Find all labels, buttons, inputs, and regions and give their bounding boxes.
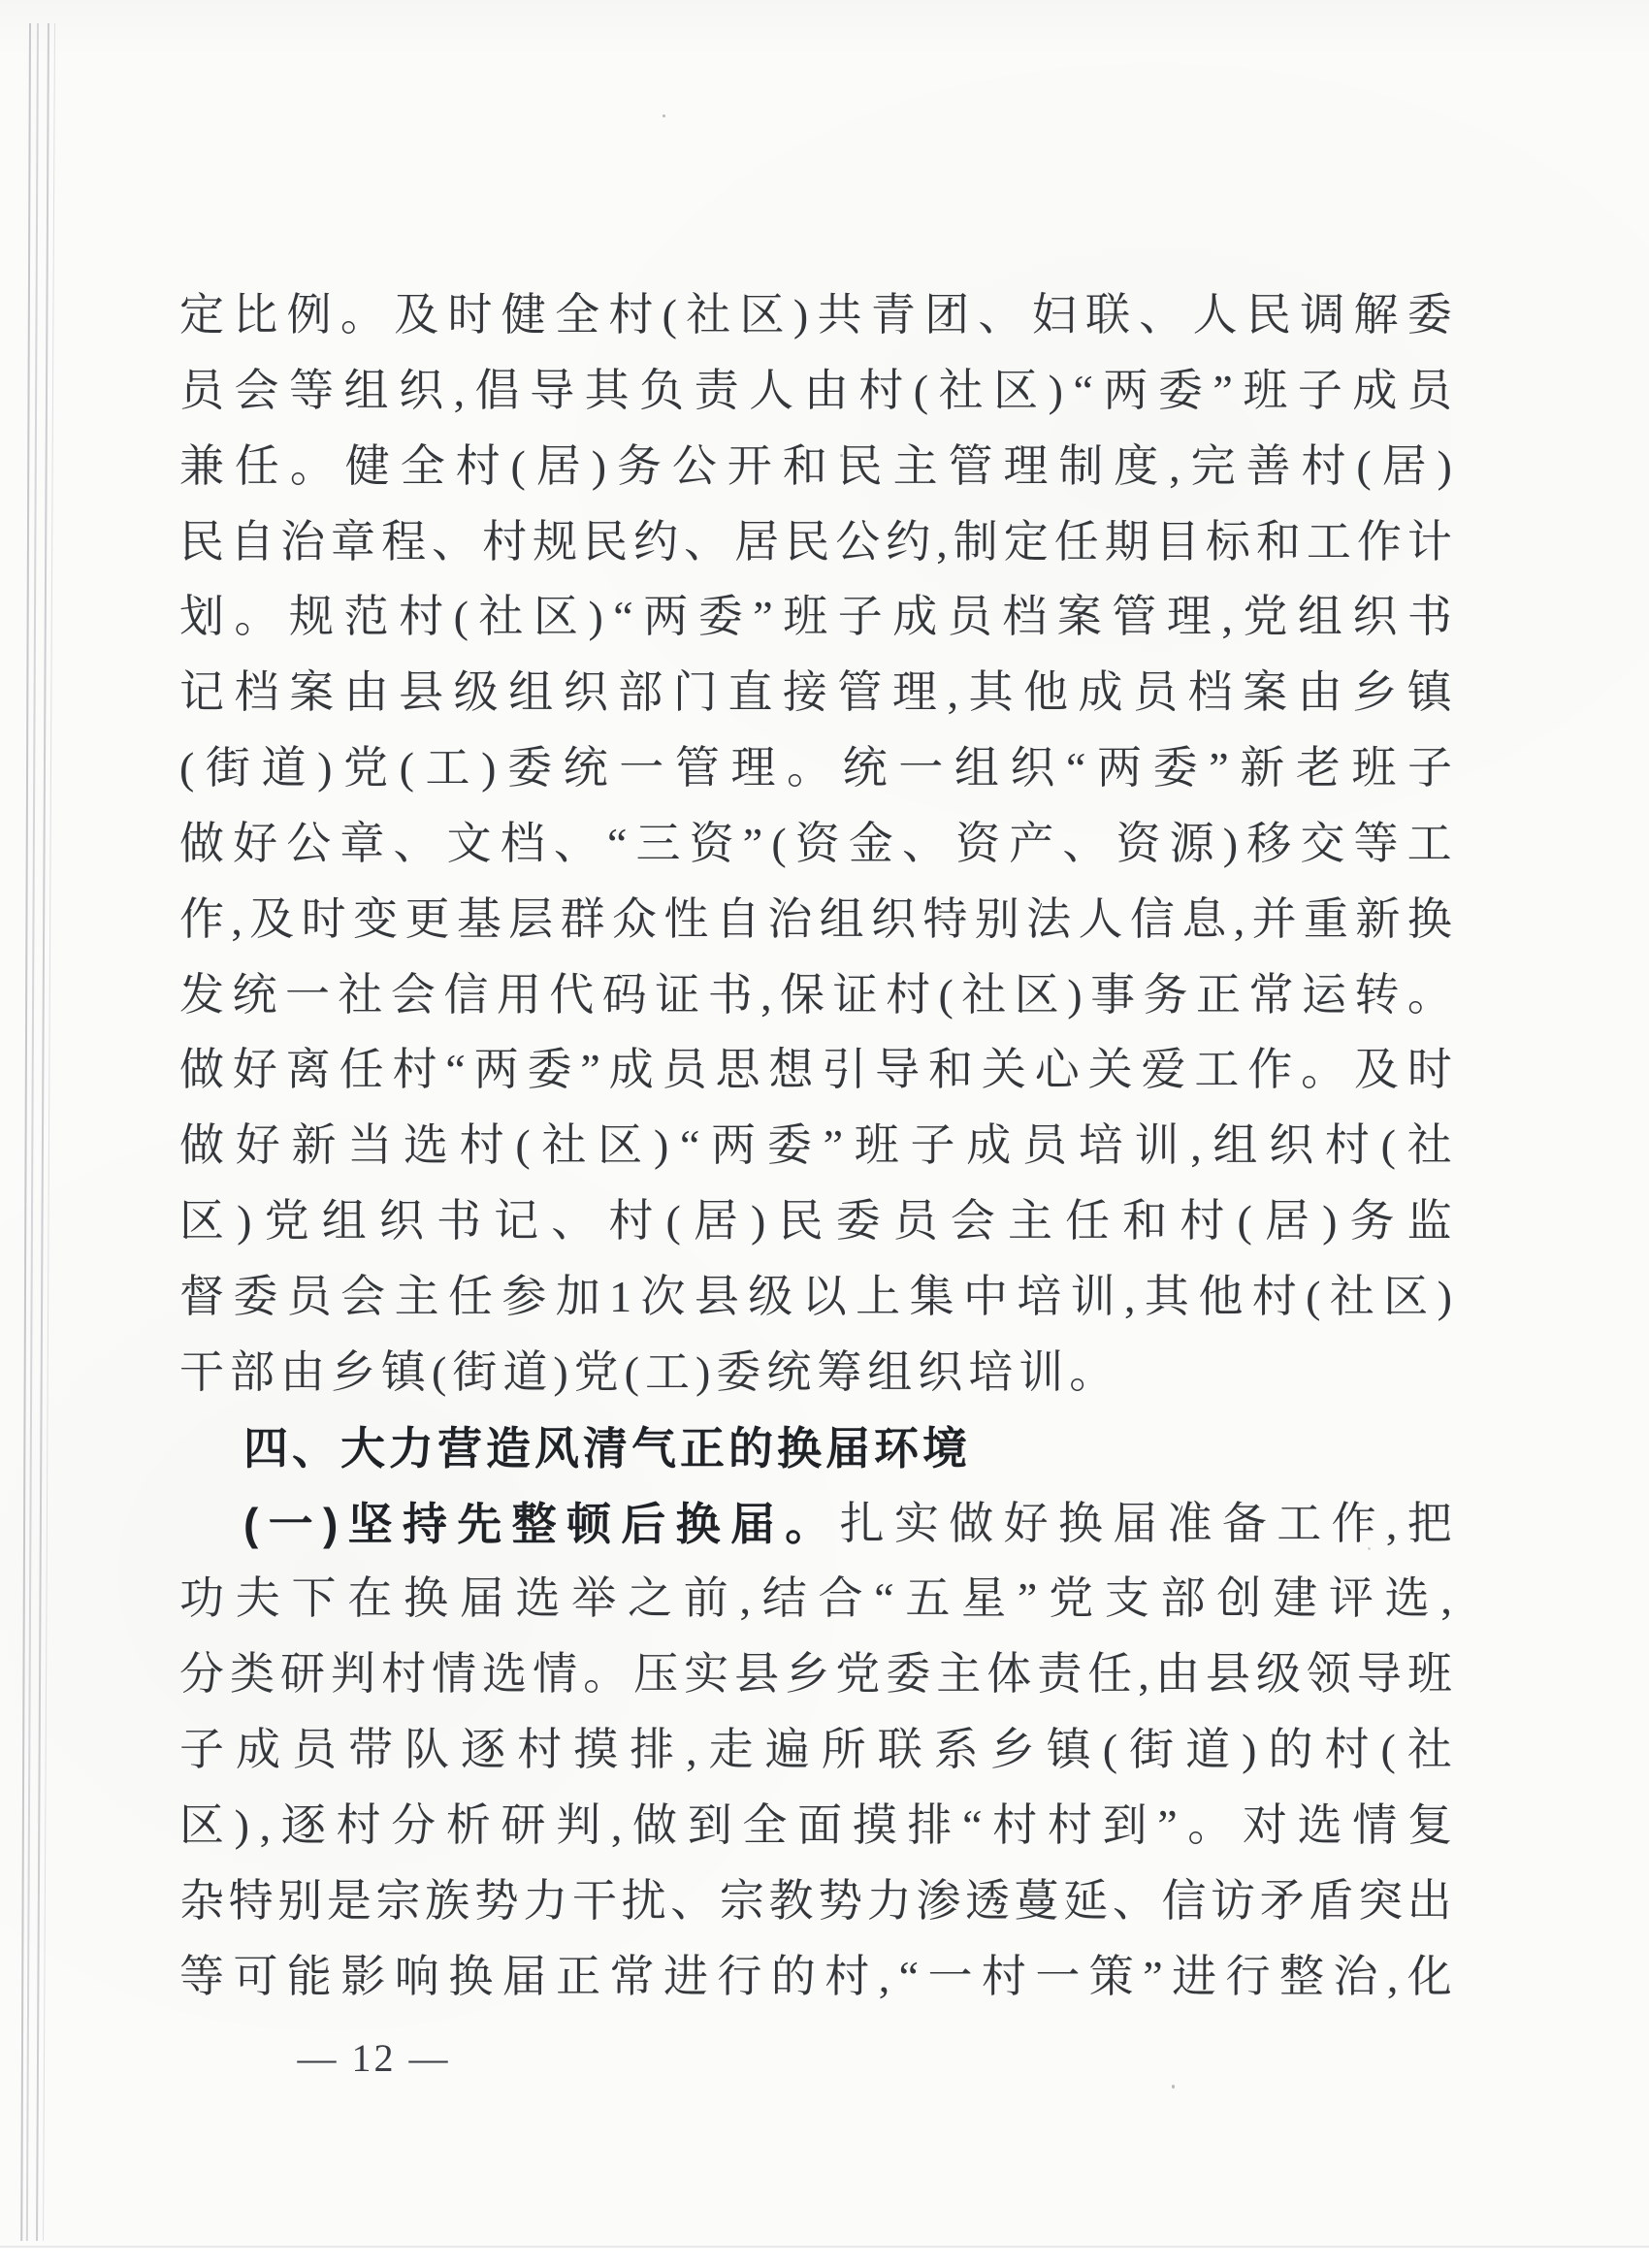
paper-bottom-edge [0,2246,1649,2248]
body-line: 记档案由县级组织部门直接管理,其他成员档案由乡镇 [179,668,1452,744]
scan-artifact-line [43,23,55,2241]
body-line: 定比例。及时健全村(社区)共青团、妇联、人民调解委 [179,291,1452,367]
body-line: 等可能影响换届正常进行的村,“一村一策”进行整治,化 [179,1953,1452,2028]
body-line: 干部由乡镇(街道)党(工)委统筹组织培训。 [179,1348,1452,1424]
body-line: 杂特别是宗族势力干扰、宗教势力渗透蔓延、信访矛盾突出 [179,1877,1452,1953]
scanned-page: 定比例。及时健全村(社区)共青团、妇联、人民调解委员会等组织,倡导其负责人由村(… [0,0,1649,2249]
body-line: 作,及时变更基层群众性自治组织特别法人信息,并重新换 [179,895,1452,971]
body-line: 民自治章程、村规民约、居民公约,制定任期目标和工作计 [179,518,1452,594]
body-line: 功夫下在换届选举之前,结合“五星”党支部创建评选, [179,1574,1452,1650]
body-line: 做好新当选村(社区)“两委”班子成员培训,组织村(社 [179,1121,1452,1197]
body-line: (一)坚持先整顿后换届。扎实做好换届准备工作,把 [179,1500,1452,1575]
scan-artifact-line [36,23,49,2241]
body-line: 区)党组织书记、村(居)民委员会主任和村(居)务监 [179,1197,1452,1273]
body-line: 发统一社会信用代码证书,保证村(社区)事务正常运转。 [179,971,1452,1047]
body-line: 做好离任村“两委”成员思想引导和关心关爱工作。及时 [179,1046,1452,1121]
scan-speck [1172,2085,1175,2089]
body-line: 兼任。健全村(居)务公开和民主管理制度,完善村(居) [179,442,1452,518]
body-line: 划。规范村(社区)“两委”班子成员档案管理,党组织书 [179,593,1452,668]
body-line: 督委员会主任参加1次县级以上集中培训,其他村(社区) [179,1273,1452,1348]
scan-speck [663,114,665,117]
body-line: (街道)党(工)委统一管理。统一组织“两委”新老班子 [179,744,1452,820]
text-block: 定比例。及时健全村(社区)共青团、妇联、人民调解委员会等组织,倡导其负责人由村(… [179,291,1452,2027]
body-line: 员会等组织,倡导其负责人由村(社区)“两委”班子成员 [179,367,1452,442]
body-line: 子成员带队逐村摸排,走遍所联系乡镇(街道)的村(社 [179,1726,1452,1801]
body-line: 分类研判村情选情。压实县乡党委主体责任,由县级领导班 [179,1650,1452,1726]
page-number: — 12 — [289,2035,459,2081]
body-line: 做好公章、文档、“三资”(资金、资产、资源)移交等工 [179,820,1452,895]
body-line: 区),逐村分析研判,做到全面摸排“村村到”。对选情复 [179,1801,1452,1877]
section-heading: 四、大力营造风清气正的换届环境 [179,1424,1452,1500]
